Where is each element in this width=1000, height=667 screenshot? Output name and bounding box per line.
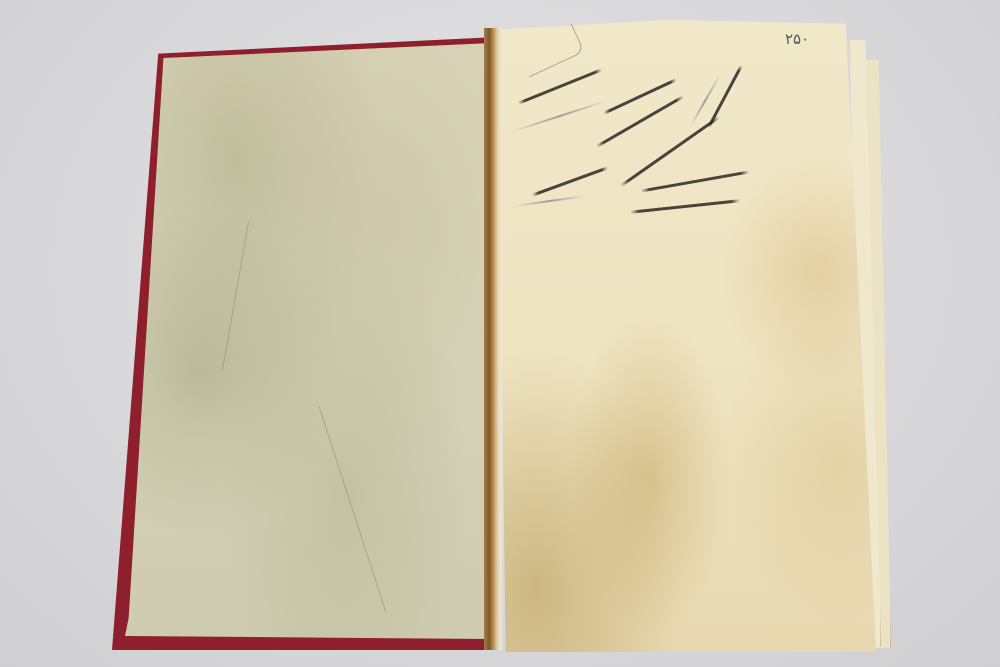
manuscript-photo: ۲۵۰ [0,0,1000,667]
folio-number: ۲۵۰ [785,30,809,48]
first-leaf-page [498,20,876,652]
pastedown-page [125,40,491,642]
spine-gutter [484,28,502,650]
